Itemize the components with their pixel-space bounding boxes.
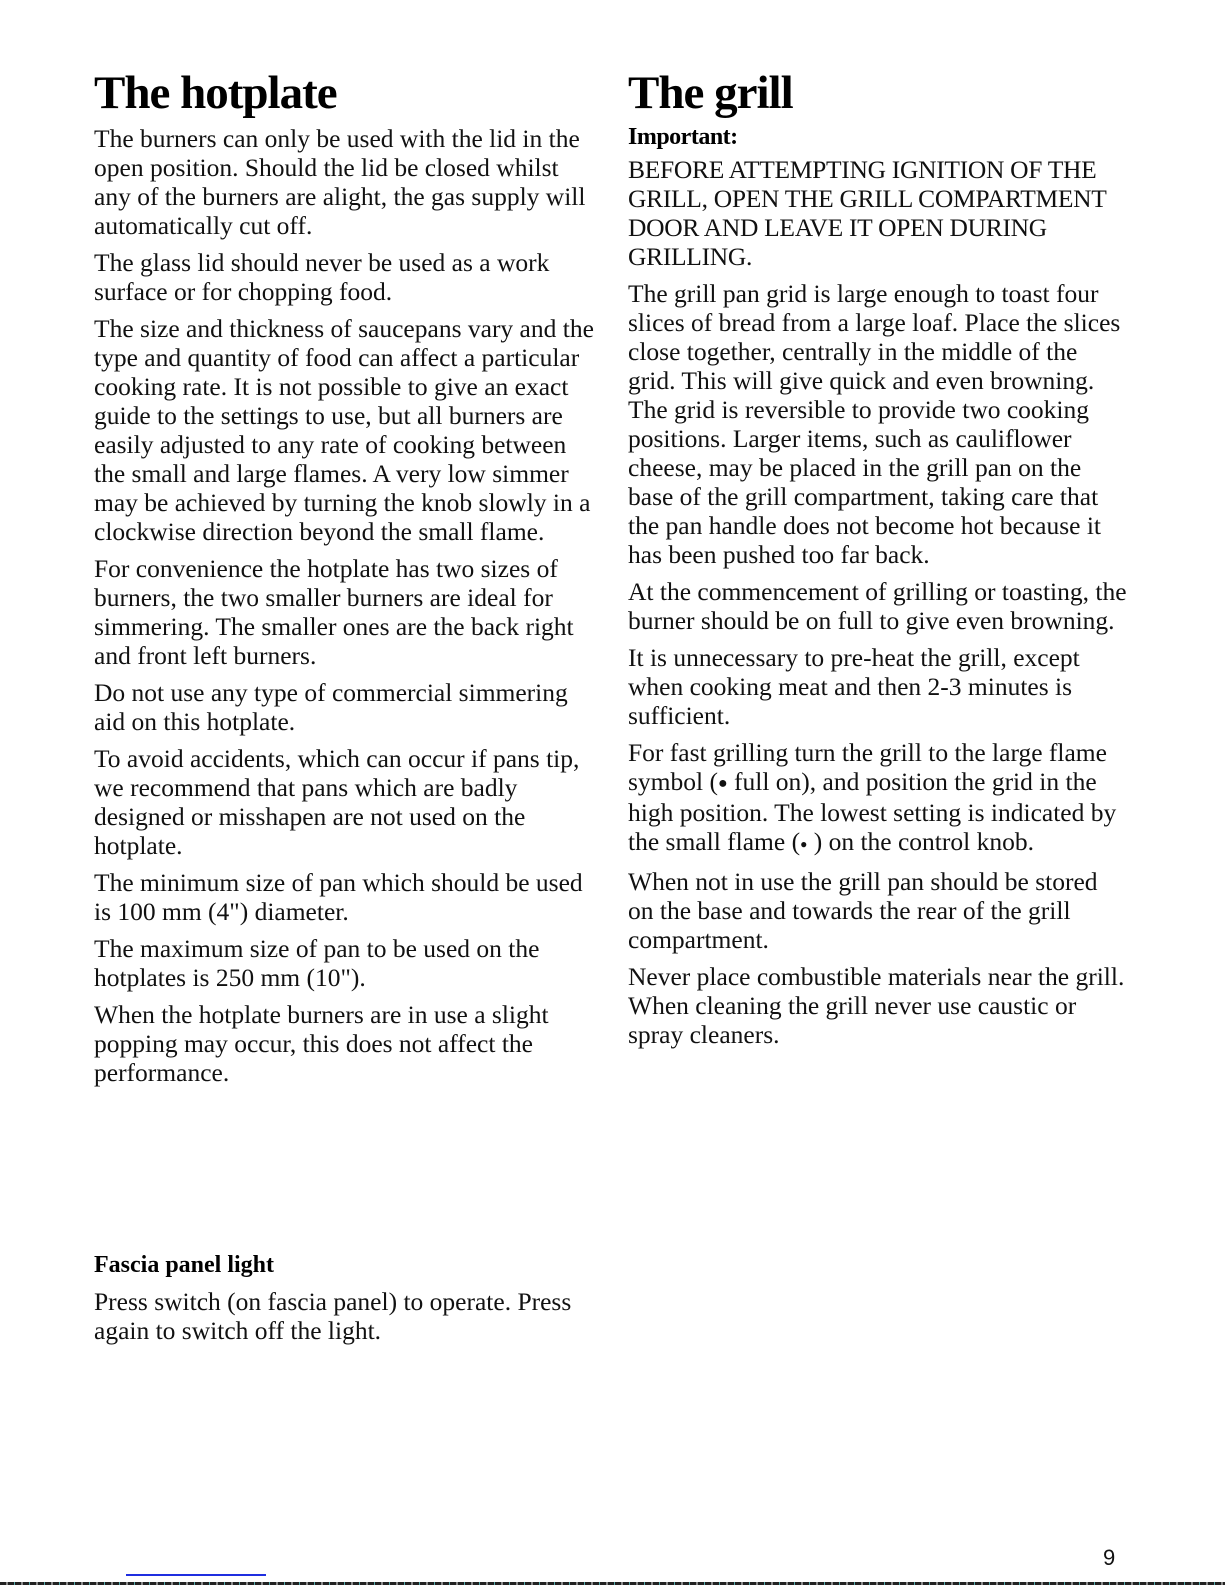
paragraph: When the hotplate burners are in use a s… xyxy=(94,1000,594,1087)
paragraph: The grill pan grid is large enough to to… xyxy=(628,279,1128,569)
paragraph: The maximum size of pan to be used on th… xyxy=(94,934,594,992)
grill-section: The grill Important: BEFORE ATTEMPTING I… xyxy=(628,68,1128,1057)
paragraph: Do not use any type of commercial simmer… xyxy=(94,678,594,736)
paragraph: It is unnecessary to pre-heat the grill,… xyxy=(628,643,1128,730)
paragraph: For convenience the hotplate has two siz… xyxy=(94,554,594,670)
paragraph: Never place combustible materials near t… xyxy=(628,962,1128,1049)
page-number: 9 xyxy=(1103,1545,1115,1571)
paragraph: The glass lid should never be used as a … xyxy=(94,248,594,306)
hotplate-section: The hotplate The burners can only be use… xyxy=(94,68,594,1095)
warning-text: BEFORE ATTEMPTING IGNITION OF THE GRILL,… xyxy=(628,155,1128,271)
large-flame-icon: ● xyxy=(718,769,728,798)
fast-grilling-paragraph: For fast grilling turn the grill to the … xyxy=(628,738,1128,859)
paragraph: Press switch (on fascia panel) to operat… xyxy=(94,1287,614,1345)
blue-rule xyxy=(126,1574,266,1576)
paragraph: The minimum size of pan which should be … xyxy=(94,868,594,926)
important-label: Important: xyxy=(628,124,1128,151)
paragraph: At the commencement of grilling or toast… xyxy=(628,577,1128,635)
paragraph: The size and thickness of saucepans vary… xyxy=(94,314,594,546)
paragraph: The burners can only be used with the li… xyxy=(94,124,594,240)
fascia-panel-title: Fascia panel light xyxy=(94,1252,614,1279)
paragraph: When not in use the grill pan should be … xyxy=(628,867,1128,954)
text: ) on the control knob. xyxy=(807,827,1034,856)
fascia-panel-section: Fascia panel light Press switch (on fasc… xyxy=(94,1252,614,1353)
grill-title: The grill xyxy=(628,68,1128,120)
paragraph: To avoid accidents, which can occur if p… xyxy=(94,744,594,860)
hotplate-title: The hotplate xyxy=(94,68,594,120)
